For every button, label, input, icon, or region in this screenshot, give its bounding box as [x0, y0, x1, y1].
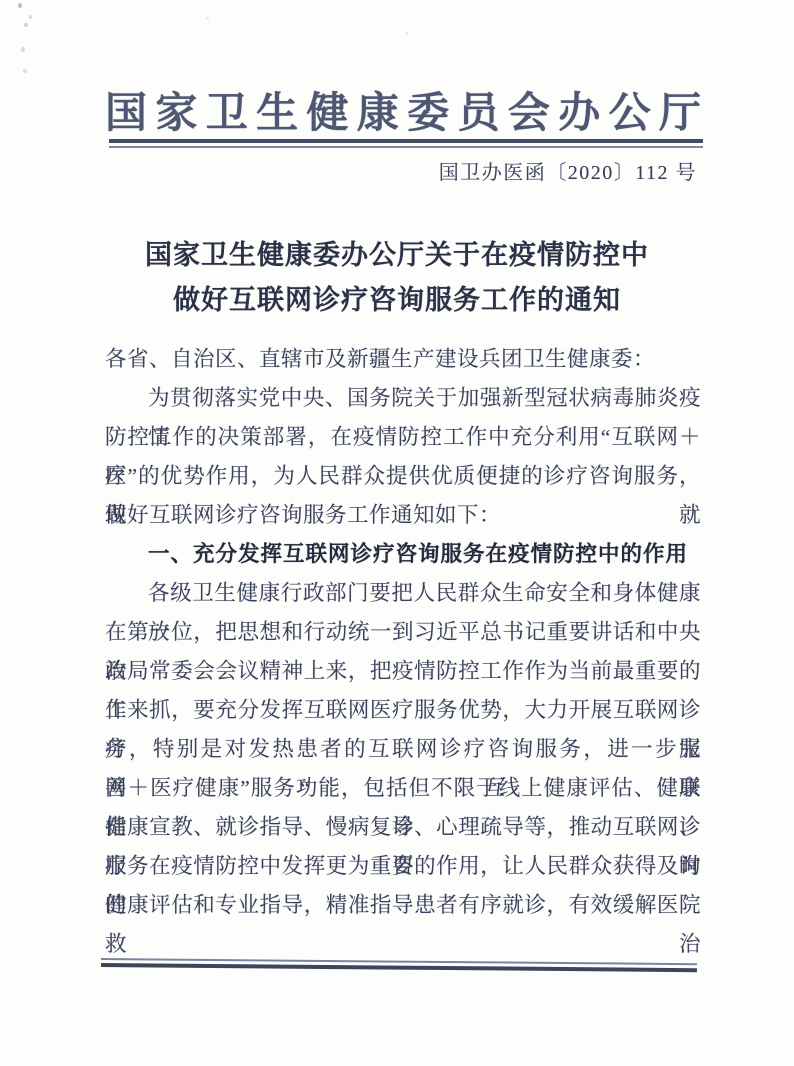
body-line: 防控工作的决策部署，在疫情防控工作中充分利用“互联网＋医	[105, 418, 701, 457]
body-line: 服务在疫情防控中发挥更为重要的作用，让人民群众获得及时的	[105, 847, 701, 886]
scan-speck	[206, 17, 209, 20]
notice-title-line1: 国家卫生健康委办公厅关于在疫情防控中	[145, 240, 649, 270]
body-line: 各级卫生健康行政部门要把人民群众生命安全和身体健康放	[105, 574, 701, 613]
scan-speck	[29, 15, 32, 19]
letterhead-double-rule	[109, 139, 703, 148]
document-number: 国卫办医函〔2020〕112 号	[105, 156, 697, 185]
scan-speck	[18, 3, 22, 8]
body-line: 疗”的优势作用，为人民群众提供优质便捷的诊疗咨询服务，现就	[105, 457, 701, 496]
body-line-salutation: 各省、自治区、直辖市及新疆生产建设兵团卫生健康委：	[105, 340, 701, 379]
body-line: 健康评估和专业指导，精准指导患者有序就诊，有效缓解医院救治	[105, 886, 701, 925]
body-line: 务，特别是对发热患者的互联网诊疗咨询服务，进一步完善“互联	[105, 730, 701, 769]
body-line: 为贯彻落实党中央、国务院关于加强新型冠状病毒肺炎疫情	[105, 379, 701, 418]
notice-title-line2: 做好互联网诊疗咨询服务工作的通知	[173, 285, 621, 315]
scan-speck	[21, 47, 25, 52]
body-line: 治局常委会会议精神上来，把疫情防控工作作为当前最重要的工	[105, 652, 701, 691]
body-line: 作来抓，要充分发挥互联网医疗服务优势，大力开展互联网诊疗服	[105, 691, 701, 730]
notice-body: 各省、自治区、直辖市及新疆生产建设兵团卫生健康委： 为贯彻落实党中央、国务院关于…	[105, 340, 701, 925]
section-heading-1: 一、充分发挥互联网诊疗咨询服务在疫情防控中的作用	[105, 535, 701, 574]
scan-speck	[405, 32, 408, 35]
body-line: 网＋医疗健康”服务功能，包括但不限于线上健康评估、健康指导、	[105, 769, 701, 808]
body-line: 健康宣教、就诊指导、慢病复诊、心理疏导等，推动互联网诊疗咨询	[105, 808, 701, 847]
scanned-document-page: 国家卫生健康委员会办公厅 国卫办医函〔2020〕112 号 国家卫生健康委办公厅…	[0, 0, 794, 1066]
scan-speck	[23, 69, 27, 73]
notice-title: 国家卫生健康委办公厅关于在疫情防控中 做好互联网诊疗咨询服务工作的通知	[99, 233, 695, 323]
scan-speck	[24, 23, 28, 27]
letterhead-agency-title: 国家卫生健康委员会办公厅	[105, 80, 701, 140]
body-line: 在第一位，把思想和行动统一到习近平总书记重要讲话和中央政	[105, 613, 701, 652]
